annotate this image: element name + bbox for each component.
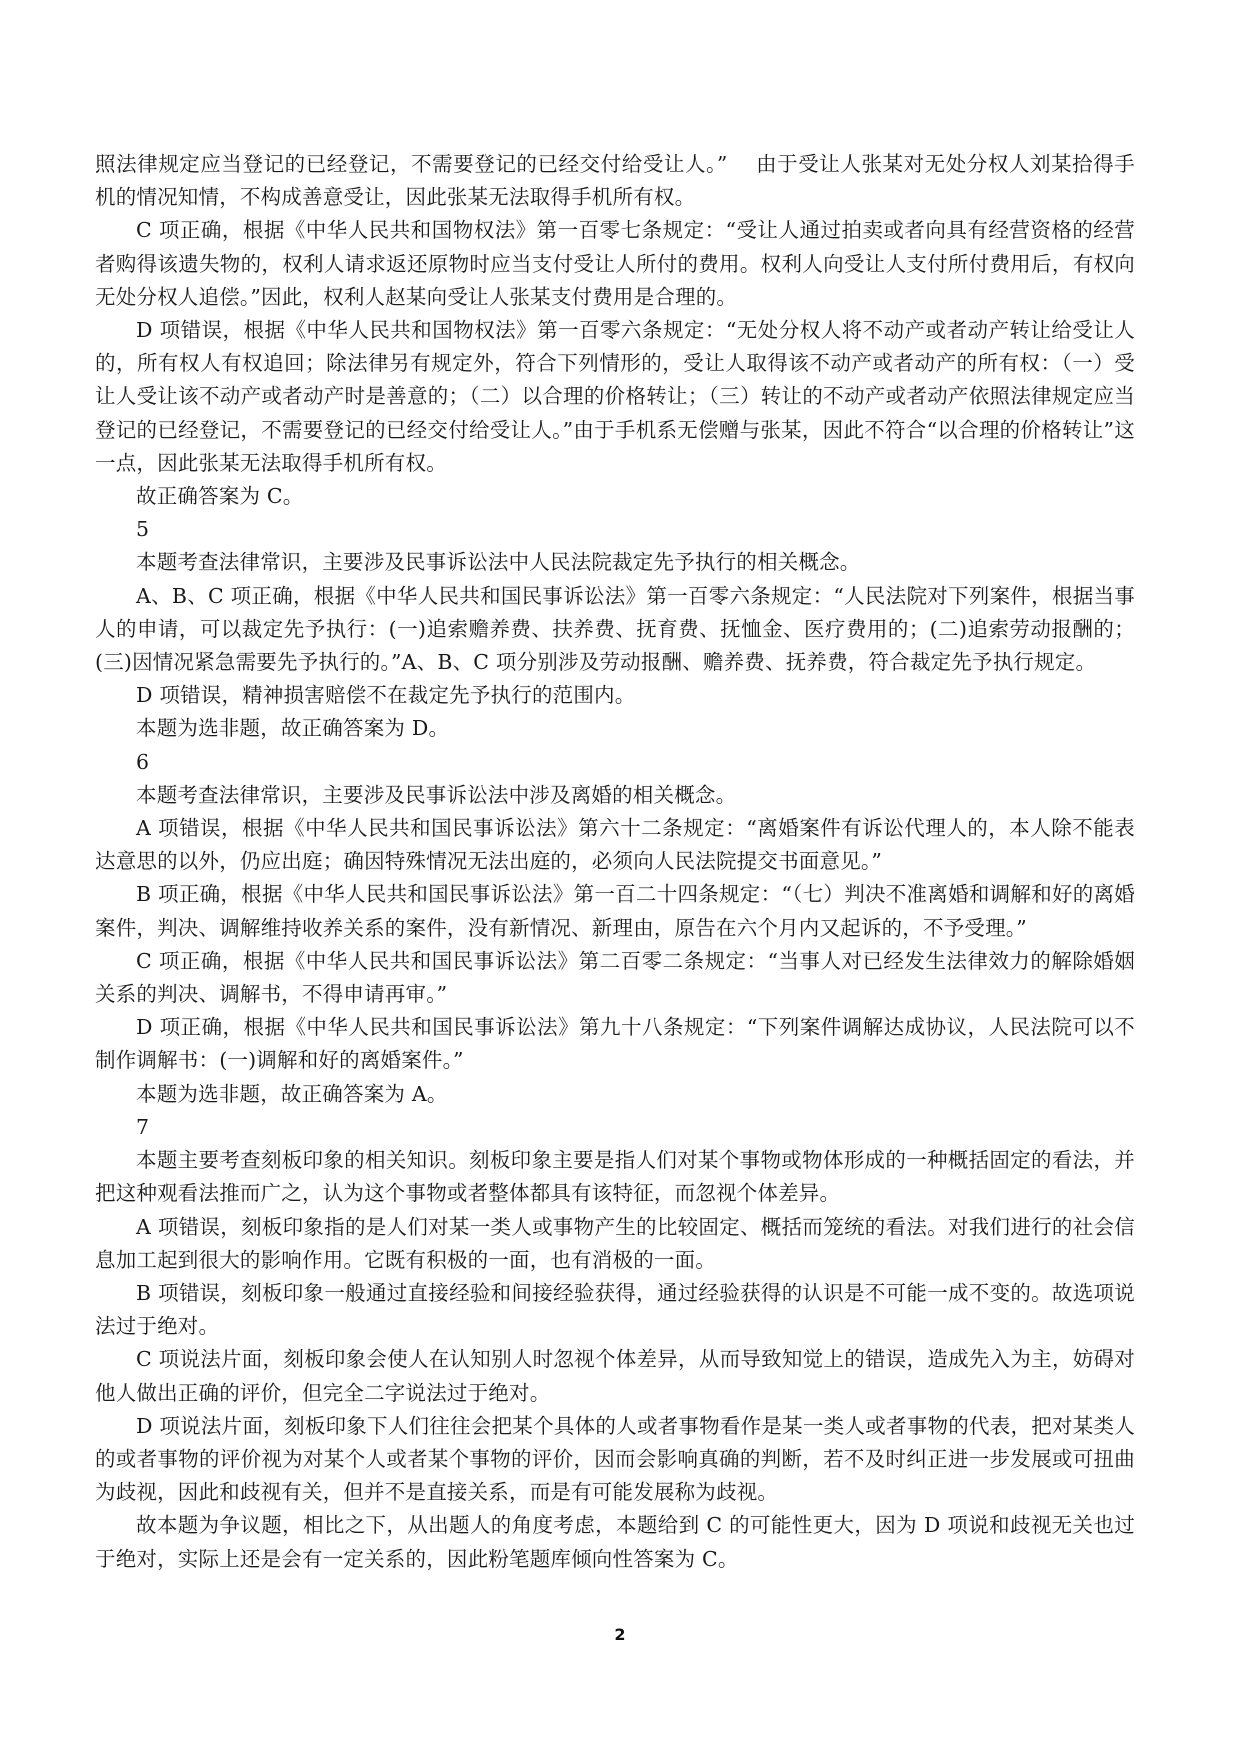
paragraph-option-c-q6: C 项正确，根据《中华人民共和国民事诉讼法》第二百零二条规定：“当事人对已经发生… <box>95 945 1135 1011</box>
question-number-7: 7 <box>95 1111 1135 1144</box>
paragraph-option-d-q4: D 项错误，根据《中华人民共和国物权法》第一百零六条规定：“无处分权人将不动产或… <box>95 314 1135 480</box>
question-number-5: 5 <box>95 513 1135 546</box>
paragraph-continuation: 照法律规定应当登记的已经登记，不需要登记的已经交付给受让人。” 由于受让人张某对… <box>95 148 1135 214</box>
paragraph-option-d-q7: D 项说法片面，刻板印象下人们往往会把某个具体的人或者事物看作是某一类人或者事物… <box>95 1410 1135 1510</box>
paragraph-option-b-q7: B 项错误，刻板印象一般通过直接经验和间接经验获得，通过经验获得的认识是不可能一… <box>95 1277 1135 1343</box>
paragraph-option-a-q7: A 项错误，刻板印象指的是人们对某一类人或事物产生的比较固定、概括而笼统的看法。… <box>95 1211 1135 1277</box>
paragraph-intro-q5: 本题考查法律常识，主要涉及民事诉讼法中人民法院裁定先予执行的相关概念。 <box>95 546 1135 579</box>
answer-q7: 故本题为争议题，相比之下，从出题人的角度考虑，本题给到 C 的可能性更大，因为 … <box>95 1509 1135 1575</box>
paragraph-option-abc-q5: A、B、C 项正确，根据《中华人民共和国民事诉讼法》第一百零六条规定：“人民法院… <box>95 580 1135 680</box>
answer-q5: 本题为选非题，故正确答案为 D。 <box>95 712 1135 745</box>
document-body: 照法律规定应当登记的已经登记，不需要登记的已经交付给受让人。” 由于受让人张某对… <box>95 148 1135 1576</box>
paragraph-intro-q7: 本题主要考查刻板印象的相关知识。刻板印象主要是指人们对某个事物或物体形成的一种概… <box>95 1144 1135 1210</box>
paragraph-option-c-q4: C 项正确，根据《中华人民共和国物权法》第一百零七条规定：“受让人通过拍卖或者向… <box>95 214 1135 314</box>
paragraph-option-b-q6: B 项正确，根据《中华人民共和国民事诉讼法》第一百二十四条规定：“（七）判决不准… <box>95 878 1135 944</box>
answer-q4: 故正确答案为 C。 <box>95 480 1135 513</box>
answer-q6: 本题为选非题，故正确答案为 A。 <box>95 1078 1135 1111</box>
paragraph-option-d-q5: D 项错误，精神损害赔偿不在裁定先予执行的范围内。 <box>95 679 1135 712</box>
paragraph-intro-q6: 本题考查法律常识，主要涉及民事诉讼法中涉及离婚的相关概念。 <box>95 779 1135 812</box>
paragraph-option-a-q6: A 项错误，根据《中华人民共和国民事诉讼法》第六十二条规定：“离婚案件有诉讼代理… <box>95 812 1135 878</box>
question-number-6: 6 <box>95 746 1135 779</box>
page-number: 2 <box>0 1625 1240 1644</box>
paragraph-option-d-q6: D 项正确，根据《中华人民共和国民事诉讼法》第九十八条规定：“下列案件调解达成协… <box>95 1011 1135 1077</box>
paragraph-option-c-q7: C 项说法片面，刻板印象会使人在认知别人时忽视个体差异，从而导致知觉上的错误，造… <box>95 1343 1135 1409</box>
